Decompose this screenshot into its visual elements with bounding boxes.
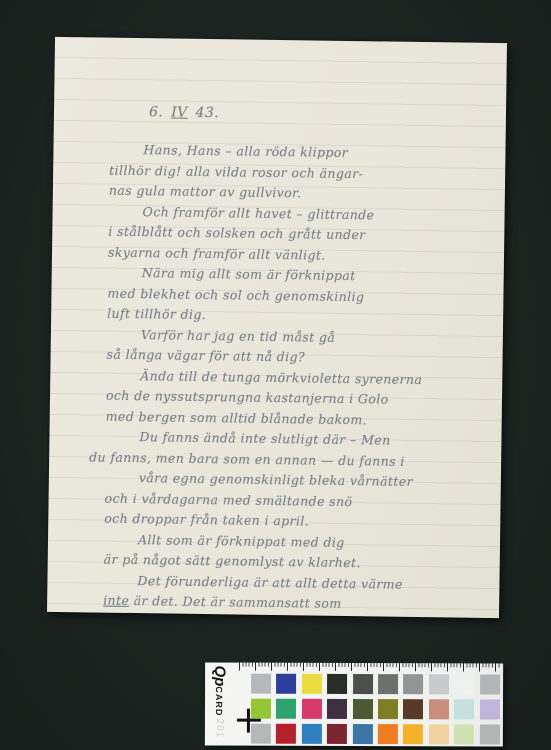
color-patch-row bbox=[251, 724, 500, 745]
color-patch bbox=[251, 674, 271, 694]
color-patch bbox=[454, 724, 474, 744]
color-patch bbox=[454, 699, 474, 719]
color-patch bbox=[378, 699, 398, 719]
color-patch bbox=[302, 724, 322, 744]
photo-background: 6.IV43. Hans, Hans – alla röda klipporti… bbox=[0, 0, 551, 750]
color-patch bbox=[327, 724, 347, 744]
color-patch bbox=[429, 724, 449, 744]
color-patch bbox=[251, 699, 271, 719]
color-patch-row bbox=[251, 699, 500, 720]
qpcard-brand-suffix-text: CARD bbox=[214, 686, 224, 716]
color-patch bbox=[302, 699, 322, 719]
color-patch bbox=[276, 674, 296, 694]
color-patch bbox=[327, 674, 347, 694]
letter-body: Hans, Hans – alla röda klipportillhör di… bbox=[103, 140, 492, 617]
color-patch bbox=[403, 674, 423, 694]
color-patch bbox=[353, 699, 373, 719]
date-year: 43. bbox=[196, 105, 220, 121]
handwriting-line: inte är det. Det är sammansatt som bbox=[103, 591, 485, 617]
qpcard-logo: QpCARD201 bbox=[210, 665, 228, 737]
color-calibration-card: QpCARD201 bbox=[205, 662, 503, 746]
color-patch bbox=[251, 724, 271, 744]
color-patch bbox=[276, 724, 296, 744]
color-patch bbox=[479, 699, 499, 719]
date-day: 6. bbox=[149, 104, 163, 120]
color-patch bbox=[403, 724, 423, 744]
ruler-scale bbox=[239, 663, 501, 673]
color-patch bbox=[480, 674, 500, 694]
qpcard-brand-text: Qp bbox=[211, 666, 228, 687]
color-patch bbox=[479, 724, 499, 744]
color-patch bbox=[403, 699, 423, 719]
color-patch bbox=[378, 674, 398, 694]
color-patch bbox=[302, 674, 322, 694]
color-patch-row bbox=[251, 674, 500, 695]
color-patch bbox=[429, 699, 449, 719]
color-patch bbox=[378, 724, 398, 744]
date-month: IV bbox=[171, 105, 188, 121]
qpcard-model-number: 201 bbox=[214, 718, 225, 738]
color-patch bbox=[327, 699, 347, 719]
color-patch bbox=[353, 674, 373, 694]
letter-date: 6.IV43. bbox=[149, 104, 219, 121]
letter-paper: 6.IV43. Hans, Hans – alla röda klipporti… bbox=[47, 37, 507, 618]
color-patch bbox=[429, 674, 449, 694]
ruler-major-ticks bbox=[239, 663, 501, 672]
color-patch bbox=[454, 674, 474, 694]
color-patch bbox=[352, 724, 372, 744]
color-patch bbox=[276, 699, 296, 719]
color-patch-grid bbox=[251, 674, 500, 745]
